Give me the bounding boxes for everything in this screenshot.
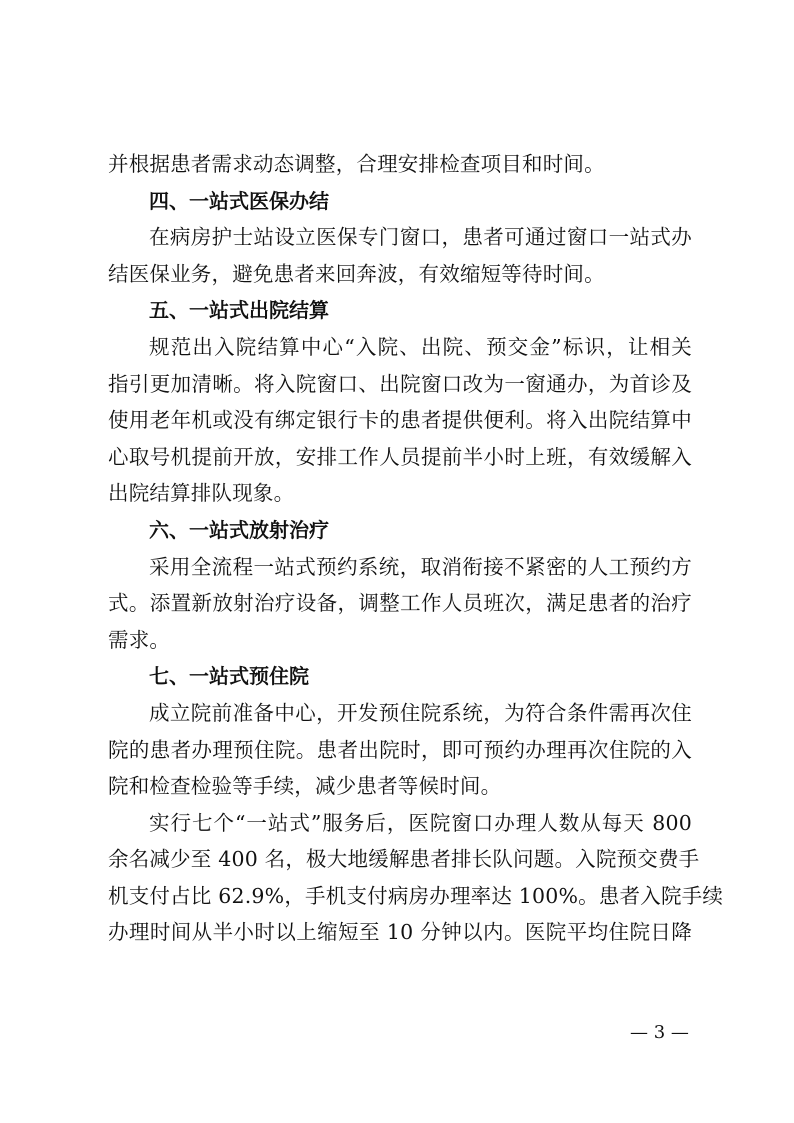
paragraph-line: 院和检查检验等手续，减少患者等候时间。 bbox=[108, 768, 692, 805]
paragraph-line: 余名减少至 400 名，极大地缓解患者排长队问题。入院预交费手 bbox=[108, 841, 692, 878]
paragraph-line: 采用全流程一站式预约系统，取消衔接不紧密的人工预约方 bbox=[108, 549, 692, 586]
section-heading-6: 六、一站式放射治疗 bbox=[108, 512, 692, 549]
paragraph-line: 机支付占比 62.9%，手机支付病房办理率达 100%。患者入院手续 bbox=[108, 878, 692, 915]
paragraph-line: 在病房护士站设立医保专门窗口，患者可通过窗口一站式办 bbox=[108, 219, 692, 256]
section-heading-4: 四、一站式医保办结 bbox=[108, 183, 692, 220]
paragraph-line: 办理时间从半小时以上缩短至 10 分钟以内。医院平均住院日降 bbox=[108, 914, 692, 951]
paragraph-line: 院的患者办理预住院。患者出院时，即可预约办理再次住院的入 bbox=[108, 732, 692, 769]
section-heading-7: 七、一站式预住院 bbox=[108, 658, 692, 695]
document-page: 并根据患者需求动态调整，合理安排检查项目和时间。 四、一站式医保办结 在病房护士… bbox=[0, 0, 794, 1123]
paragraph-line: 结医保业务，避免患者来回奔波，有效缩短等待时间。 bbox=[108, 256, 692, 293]
paragraph-line: 成立院前准备中心，开发预住院系统，为符合条件需再次住 bbox=[108, 695, 692, 732]
page-number: — 3 — bbox=[630, 1022, 689, 1043]
section-heading-5: 五、一站式出院结算 bbox=[108, 292, 692, 329]
paragraph-line: 心取号机提前开放，安排工作人员提前半小时上班，有效缓解入 bbox=[108, 439, 692, 476]
paragraph-line: 使用老年机或没有绑定银行卡的患者提供便利。将入出院结算中 bbox=[108, 402, 692, 439]
paragraph-line: 实行七个“一站式”服务后，医院窗口办理人数从每天 800 bbox=[108, 805, 692, 842]
paragraph-line: 出院结算排队现象。 bbox=[108, 475, 692, 512]
document-body: 并根据患者需求动态调整，合理安排检查项目和时间。 四、一站式医保办结 在病房护士… bbox=[108, 146, 692, 951]
paragraph-line: 式。添置新放射治疗设备，调整工作人员班次，满足患者的治疗 bbox=[108, 585, 692, 622]
paragraph-line: 指引更加清晰。将入院窗口、出院窗口改为一窗通办，为首诊及 bbox=[108, 366, 692, 403]
paragraph-line: 需求。 bbox=[108, 622, 692, 659]
paragraph-line: 并根据患者需求动态调整，合理安排检查项目和时间。 bbox=[108, 146, 692, 183]
paragraph-line: 规范出入院结算中心“入院、出院、预交金”标识，让相关 bbox=[108, 329, 692, 366]
